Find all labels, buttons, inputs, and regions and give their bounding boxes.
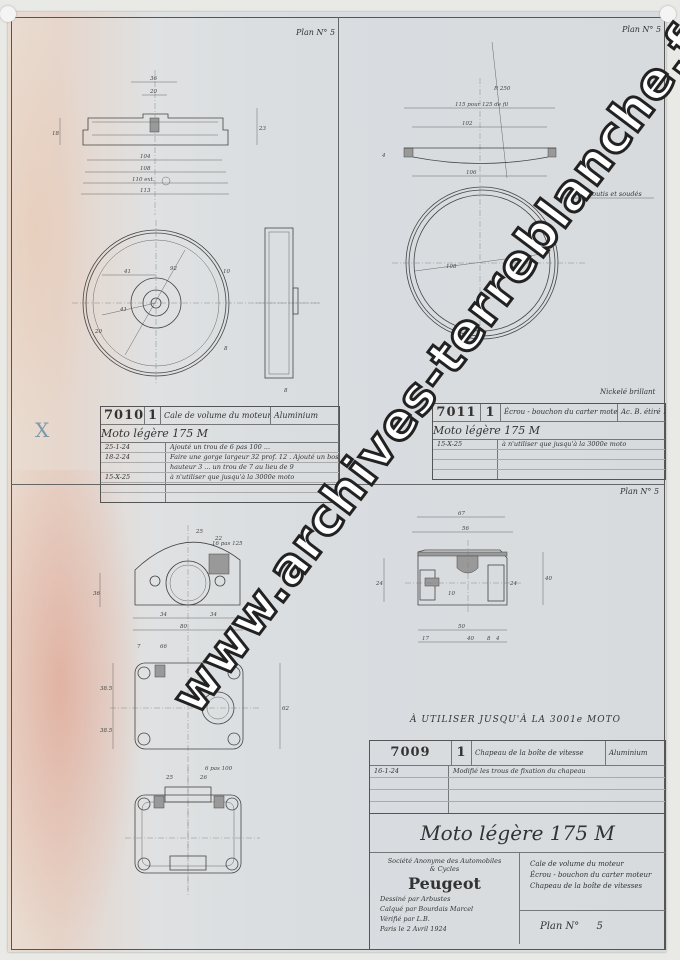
- part-number: 7010: [101, 407, 145, 424]
- part-quantity: 1: [145, 407, 161, 424]
- svg-text:80: 80: [180, 624, 187, 630]
- model-name: Moto légère 175 M: [433, 422, 665, 440]
- svg-text:92: 92: [170, 266, 177, 272]
- parts-table-7010: 7010 1 Cale de volume du moteur Aluminiu…: [100, 406, 340, 503]
- company-block: Société Anonyme des Automobiles & Cycles…: [370, 853, 520, 944]
- svg-text:110 ext.: 110 ext.: [132, 177, 155, 183]
- svg-text:40: 40: [466, 636, 474, 642]
- drawn-by: Arbustes: [421, 895, 450, 903]
- svg-text:20: 20: [149, 89, 157, 95]
- svg-text:16 pas 125: 16 pas 125: [212, 541, 243, 547]
- svg-text:66: 66: [160, 644, 167, 650]
- svg-text:24: 24: [509, 581, 517, 587]
- plan-number: Plan N° 5: [520, 911, 665, 944]
- svg-text:4: 4: [381, 153, 386, 159]
- svg-text:40: 40: [544, 576, 552, 582]
- svg-text:10: 10: [448, 591, 455, 597]
- part-number: 7009: [370, 741, 452, 765]
- part-description: Cale de volume du moteur: [161, 407, 271, 424]
- cale-section-view: 36 20 104 108 110 ext. 113 18 23: [52, 70, 266, 215]
- revision-row: 15-X-25à n'utiliser que jusqu'à la 3000e…: [101, 473, 339, 483]
- svg-text:10: 10: [223, 269, 230, 275]
- part-material: Ac. B. étiré 1: [618, 404, 665, 421]
- svg-text:38.5: 38.5: [100, 728, 113, 734]
- chapeau-bottom-view: 25266 pas 100: [125, 765, 260, 895]
- svg-text:20: 20: [94, 329, 102, 335]
- svg-text:R 250: R 250: [493, 86, 511, 92]
- svg-text:18: 18: [52, 131, 59, 137]
- svg-text:67: 67: [458, 511, 465, 517]
- part-quantity: 1: [452, 741, 472, 765]
- revision-row-empty: [370, 778, 665, 790]
- svg-text:115 pour 125 de fil: 115 pour 125 de fil: [455, 102, 508, 108]
- svg-text:108: 108: [446, 264, 457, 270]
- title-block: 7009 1 Chapeau de la boîte de vitesse Al…: [369, 740, 666, 950]
- svg-text:8: 8: [487, 636, 491, 642]
- traced-by: Bourdais Marcel: [418, 905, 473, 913]
- svg-text:104: 104: [140, 154, 151, 160]
- revision-row-empty: [101, 483, 339, 493]
- chapeau-section-view: 67 56 24 40 24 10 50 40 1748: [375, 511, 552, 642]
- svg-text:25: 25: [165, 775, 173, 781]
- svg-text:26: 26: [199, 775, 207, 781]
- drawing-title: Moto légère 175 M: [370, 814, 665, 853]
- svg-text:106: 106: [466, 170, 477, 176]
- revision-row-empty: [433, 460, 665, 470]
- part-material: Aluminium: [271, 407, 339, 424]
- svg-text:36: 36: [93, 591, 100, 597]
- svg-text:56: 56: [462, 526, 469, 532]
- svg-text:4: 4: [495, 636, 500, 642]
- svg-text:36: 36: [150, 76, 157, 82]
- drawing-date: 2 Avril 1924: [407, 925, 447, 933]
- svg-text:17: 17: [422, 636, 429, 642]
- svg-text:23: 23: [258, 126, 266, 132]
- svg-text:41: 41: [123, 269, 131, 275]
- parts-table-7011: 7011 1 Écrou - bouchon du carter moteur …: [432, 403, 666, 480]
- usage-note: À UTILISER JUSQU'À LA 3001e MOTO: [410, 715, 621, 725]
- part-description: Chapeau de la boîte de vitesse: [472, 741, 606, 765]
- svg-text:108: 108: [140, 166, 151, 172]
- svg-text:38.5: 38.5: [100, 686, 113, 692]
- revision-row: 15-X-25à n'utiliser que jusqu'à la 3000e…: [433, 440, 665, 450]
- svg-text:24: 24: [375, 581, 383, 587]
- part-material: Aluminium: [606, 741, 665, 765]
- revision-row: hauteur 3 ... un trou de 7 au lieu de 9: [101, 463, 339, 473]
- svg-text:41: 41: [119, 307, 127, 313]
- part-description: Écrou - bouchon du carter moteur: [501, 404, 618, 421]
- svg-text:8: 8: [224, 346, 228, 352]
- svg-text:6 pas 100: 6 pas 100: [205, 766, 233, 772]
- svg-text:102: 102: [462, 121, 473, 127]
- svg-text:113: 113: [140, 188, 151, 194]
- svg-text:62: 62: [282, 706, 289, 712]
- revision-row-empty: [370, 802, 665, 814]
- svg-text:7: 7: [137, 644, 141, 650]
- revision-row: 16-1-24Modifié les trous de fixation du …: [370, 766, 665, 778]
- chapeau-elevation-view: 252216 pas 125 3434 80 36: [93, 525, 243, 890]
- revision-row-empty: [370, 790, 665, 802]
- contents-list: Cale de volume du moteur Écrou - bouchon…: [520, 853, 665, 911]
- brand-name: Peugeot: [370, 874, 519, 893]
- model-name: Moto légère 175 M: [101, 425, 339, 443]
- svg-text:25: 25: [195, 529, 203, 535]
- svg-text:34: 34: [160, 612, 167, 618]
- part-quantity: 1: [481, 404, 501, 421]
- revision-row: 25-1-24Ajouté un trou de 6 pas 100 ...: [101, 443, 339, 453]
- cale-plan-view: 92 41 41 20 10 8 8: [72, 220, 320, 394]
- revision-row: 18-2-24Faire une gorge largeur 32 prof. …: [101, 453, 339, 463]
- finish-note: Nickelé brillant: [600, 388, 655, 396]
- revision-row-empty: [433, 470, 665, 479]
- svg-text:50: 50: [458, 624, 465, 630]
- revision-row-empty: [433, 450, 665, 460]
- checked-by: L.B.: [417, 915, 430, 923]
- svg-text:8: 8: [284, 388, 288, 394]
